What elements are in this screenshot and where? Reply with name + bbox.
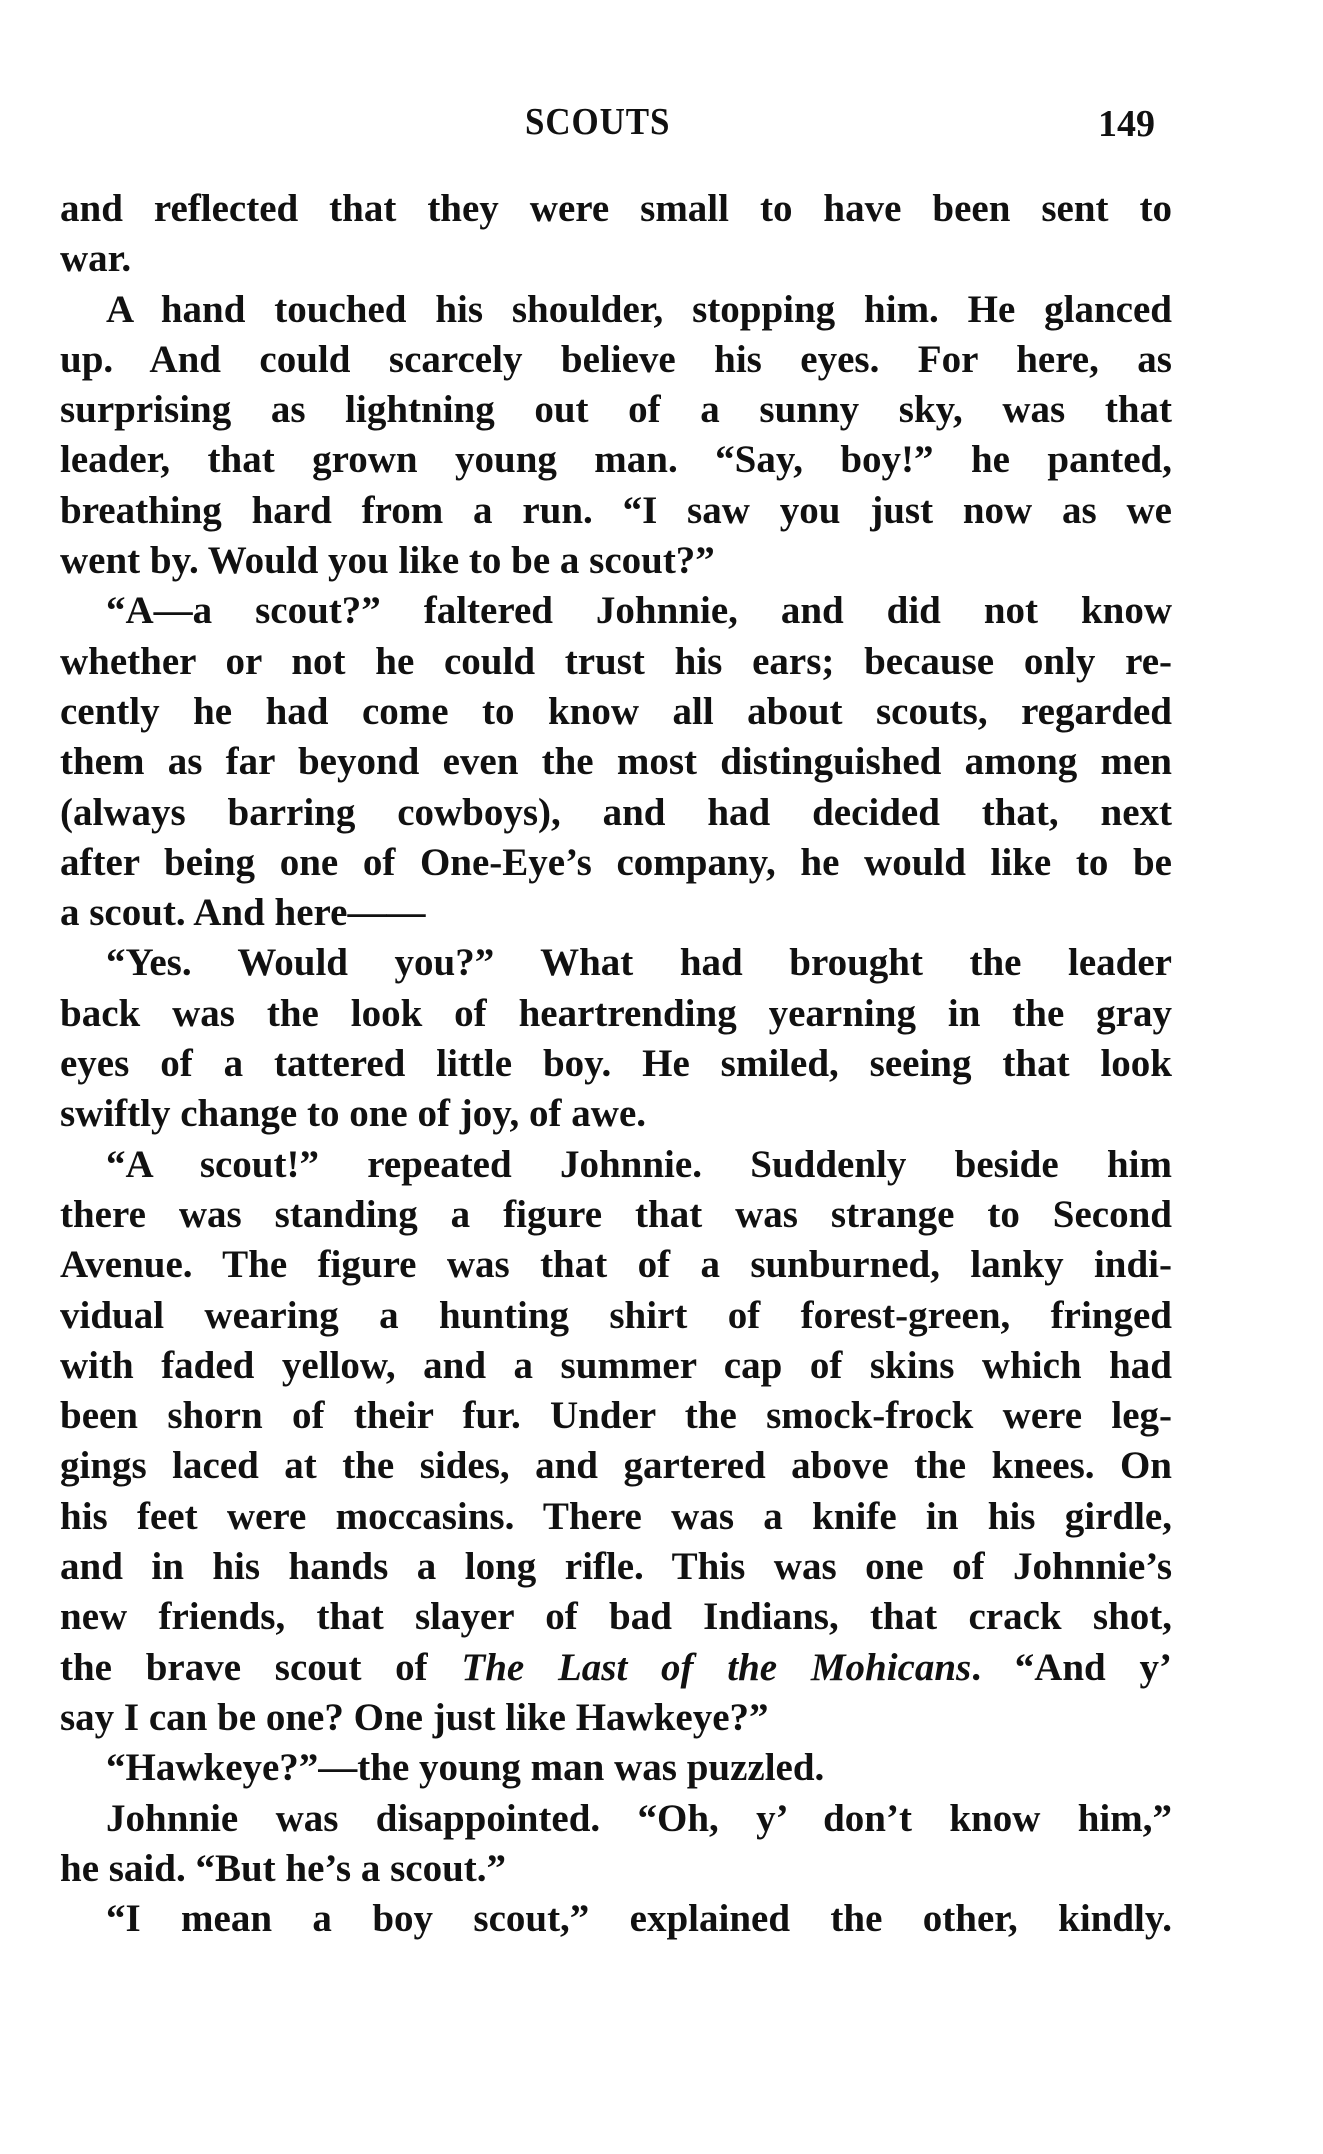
- running-head: SCOUTS: [525, 100, 670, 144]
- page-header: SCOUTS 149: [0, 100, 1323, 156]
- text-line: leader, that grown young man. “Say, boy!…: [60, 435, 1172, 485]
- text-line: and in his hands a long rifle. This was …: [60, 1542, 1172, 1592]
- text-line: and reflected that they were small to ha…: [60, 184, 1172, 234]
- text-span: the brave scout of: [60, 1646, 461, 1689]
- text-line: there was standing a figure that was str…: [60, 1190, 1172, 1240]
- text-line: vidual wearing a hunting shirt of forest…: [60, 1291, 1172, 1341]
- text-line: “I mean a boy scout,” explained the othe…: [60, 1894, 1172, 1944]
- text-line: “A—a scout?” faltered Johnnie, and did n…: [60, 586, 1172, 636]
- text-line: a scout. And here——: [60, 888, 1172, 938]
- text-line: cently he had come to know all about sco…: [60, 687, 1172, 737]
- text-line: new friends, that slayer of bad Indians,…: [60, 1592, 1172, 1642]
- text-line: gings laced at the sides, and gartered a…: [60, 1441, 1172, 1491]
- text-line: swiftly change to one of joy, of awe.: [60, 1089, 1172, 1139]
- text-line: the brave scout of The Last of the Mohic…: [60, 1643, 1172, 1693]
- text-line: “Hawkeye?”—the young man was puzzled.: [60, 1743, 1172, 1793]
- text-line: war.: [60, 234, 1172, 284]
- text-line: A hand touched his shoulder, stopping hi…: [60, 285, 1172, 335]
- text-line: Johnnie was disappointed. “Oh, y’ don’t …: [60, 1794, 1172, 1844]
- text-line: eyes of a tattered little boy. He smiled…: [60, 1039, 1172, 1089]
- text-line: with faded yellow, and a summer cap of s…: [60, 1341, 1172, 1391]
- page-number: 149: [1098, 102, 1155, 146]
- text-line: breathing hard from a run. “I saw you ju…: [60, 486, 1172, 536]
- text-line: been shorn of their fur. Under the smock…: [60, 1391, 1172, 1441]
- text-line: he said. “But he’s a scout.”: [60, 1844, 1172, 1894]
- text-line: say I can be one? One just like Hawkeye?…: [60, 1693, 1172, 1743]
- text-line: (always barring cowboys), and had decide…: [60, 788, 1172, 838]
- body-text: and reflected that they were small to ha…: [60, 184, 1172, 1944]
- text-line: up. And could scarcely believe his eyes.…: [60, 335, 1172, 385]
- text-line: back was the look of heartrending yearni…: [60, 989, 1172, 1039]
- text-line: whether or not he could trust his ears; …: [60, 637, 1172, 687]
- text-line: his feet were moccasins. There was a kni…: [60, 1492, 1172, 1542]
- text-line: “Yes. Would you?” What had brought the l…: [60, 938, 1172, 988]
- text-line: “A scout!” repeated Johnnie. Suddenly be…: [60, 1140, 1172, 1190]
- text-span: . “And y’: [971, 1646, 1172, 1689]
- text-line: went by. Would you like to be a scout?”: [60, 536, 1172, 586]
- text-line: Avenue. The figure was that of a sunburn…: [60, 1240, 1172, 1290]
- text-line: after being one of One-Eye’s company, he…: [60, 838, 1172, 888]
- text-line: them as far beyond even the most disting…: [60, 737, 1172, 787]
- book-title: The Last of the Mohicans: [461, 1646, 971, 1689]
- text-line: surprising as lightning out of a sunny s…: [60, 385, 1172, 435]
